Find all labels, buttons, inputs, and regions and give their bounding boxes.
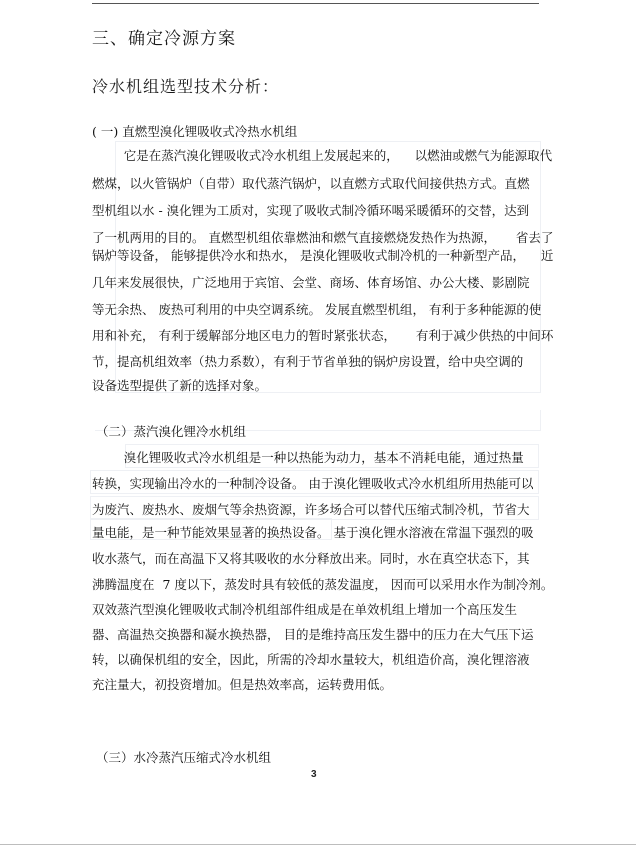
section-heading-3: （三）水冷蒸汽压缩式冷水机组 — [96, 748, 271, 766]
paragraph-line: 几年来发展很快，广泛地用于宾馆、会堂、商场、体育场馆、办公大楼、影剧院 — [92, 273, 530, 291]
paragraph-line: 转换，实现输出冷水的一种制冷设备。 由于溴化锂吸收式冷水机组所用热能可以 — [92, 474, 533, 492]
paragraph-line: 转，以确保机组的安全，因此，所需的冷却水量较大，机组造价高，溴化锂溶液 — [92, 650, 530, 668]
page-number: 3 — [311, 769, 317, 780]
paragraph-line: 双效蒸汽型溴化锂吸收式制冷机组部件组成是在单效机组上增加一个高压发生 — [92, 600, 517, 618]
subtitle: 冷水机组选型技术分析： — [92, 74, 279, 97]
paragraph-line: 收水蒸气，而在高温下又将其吸收的水分释放出来。同时，水在真空状态下，其 — [92, 549, 530, 567]
header-rule — [92, 3, 539, 4]
paragraph-line: 它是在蒸汽溴化锂吸收式冷水机组上发展起来的， 以燃油或燃气为能源取代 — [92, 146, 552, 164]
section-title: 三、确定冷源方案 — [92, 24, 236, 49]
paragraph-line: 燃煤，以火管锅炉（自带）取代蒸汽锅炉，以直燃方式取代间接供热方式。直燃 — [92, 174, 530, 192]
paragraph-line: 溴化锂吸收式冷水机组是一种以热能为动力，基本不消耗电能，通过热量 — [92, 448, 524, 466]
paragraph-line: 充注量大，初投资增加。但是热效率高，运转费用低。 — [92, 675, 392, 693]
paragraph-line: 型机组以水 - 溴化锂为工质对，实现了吸收式制冷循环喝采暖循环的交替，达到 — [92, 201, 529, 219]
section-heading-2: （二）蒸汽溴化锂冷水机组 — [96, 422, 246, 440]
section-heading-1: ( 一) 直燃型溴化锂吸收式冷热水机组 — [92, 122, 297, 140]
paragraph-line: 沸腾温度在 7 度以下，蒸发时具有较低的蒸发温度， 因而可以采用水作为制冷剂。 — [92, 575, 553, 593]
paragraph-line: 量电能，是一种节能效果显著的换热设备。 基于溴化锂水溶液在常温下强烈的吸 — [92, 523, 533, 541]
paragraph-line: 器、高温热交换器和凝水换热器， 目的是维持高压发生器中的压力在大气压下运 — [92, 625, 533, 643]
paragraph-line: 等无余热、 废热可利用的中央空调系统。 发展直燃型机组， 有利于多种能源的使 — [92, 300, 541, 318]
paragraph-line: 设备选型提供了新的选择对象。 — [92, 376, 267, 394]
paragraph-line: 了一机两用的目的。 直燃型机组依靠燃油和燃气直接燃烧发热作为热源， 省去了 — [92, 228, 553, 246]
paragraph-line: 节，提高机组效率（热力系数），有利于节省单独的锅炉房设置，给中央空调的 — [92, 352, 523, 370]
paragraph-line: 为废汽、废热水、废烟气等余热资源，许多场合可以替代压缩式制冷机，节省大 — [92, 500, 530, 518]
paragraph-line: 用和补充， 有利于缓解部分地区电力的暂时紧张状态， 有利于减少供热的中间环 — [92, 326, 553, 344]
paragraph-line: 锅炉等设备， 能够提供冷水和热水， 是溴化锂吸收式制冷机的一种新型产品， 近 — [92, 246, 553, 264]
